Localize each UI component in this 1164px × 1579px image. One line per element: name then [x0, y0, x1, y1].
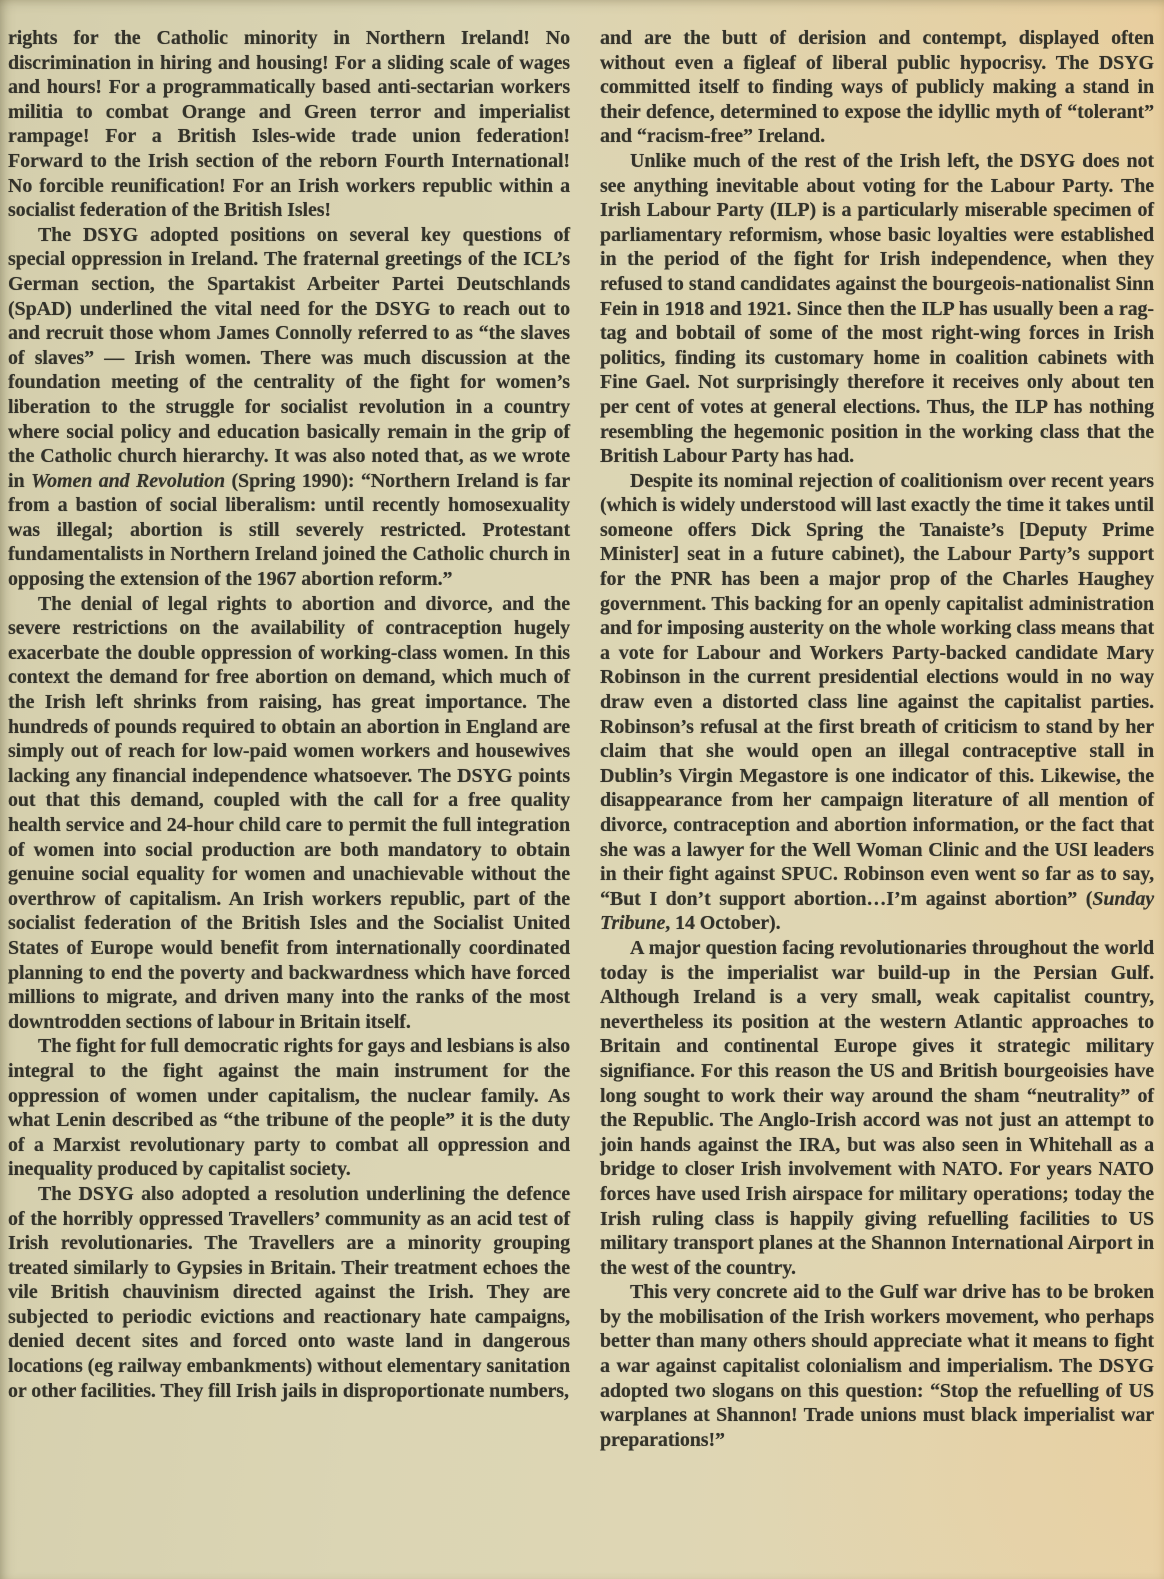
paragraph: The fight for full democratic rights for…	[8, 1034, 570, 1182]
paragraph: A major question facing revolutionaries …	[600, 936, 1154, 1280]
text-run: rights for the Catholic minority in Nort…	[8, 27, 570, 221]
paragraph: rights for the Catholic minority in Nort…	[8, 26, 570, 223]
article-column-right: and are the butt of derision and contemp…	[600, 26, 1154, 1579]
paragraph: The denial of legal rights to abortion a…	[8, 592, 570, 1035]
text-run: The DSYG also adopted a resolution under…	[8, 1183, 570, 1402]
paragraph: The DSYG adopted positions on several ke…	[8, 223, 570, 592]
text-run: The DSYG adopted positions on several ke…	[8, 224, 570, 492]
text-run: , 14 October).	[665, 912, 780, 934]
paragraph: This very concrete aid to the Gulf war d…	[600, 1280, 1154, 1452]
paragraph: The DSYG also adopted a resolution under…	[8, 1182, 570, 1403]
text-run: Despite its nominal rejection of coaliti…	[600, 470, 1154, 910]
text-run: The denial of legal rights to abortion a…	[8, 593, 570, 1033]
paragraph: and are the butt of derision and contemp…	[600, 26, 1154, 149]
italic-text-run: Women and Revolution	[31, 470, 225, 492]
scanned-page: rights for the Catholic minority in Nort…	[0, 0, 1164, 1579]
article-column-left: rights for the Catholic minority in Nort…	[8, 26, 570, 1579]
text-run: A major question facing revolutionaries …	[600, 937, 1154, 1279]
text-run: The fight for full democratic rights for…	[8, 1035, 570, 1180]
text-run: and are the butt of derision and contemp…	[600, 27, 1154, 147]
text-run: This very concrete aid to the Gulf war d…	[600, 1281, 1154, 1451]
paragraph: Despite its nominal rejection of coaliti…	[600, 469, 1154, 936]
paragraph: Unlike much of the rest of the Irish lef…	[600, 149, 1154, 469]
text-run: Unlike much of the rest of the Irish lef…	[600, 150, 1154, 467]
